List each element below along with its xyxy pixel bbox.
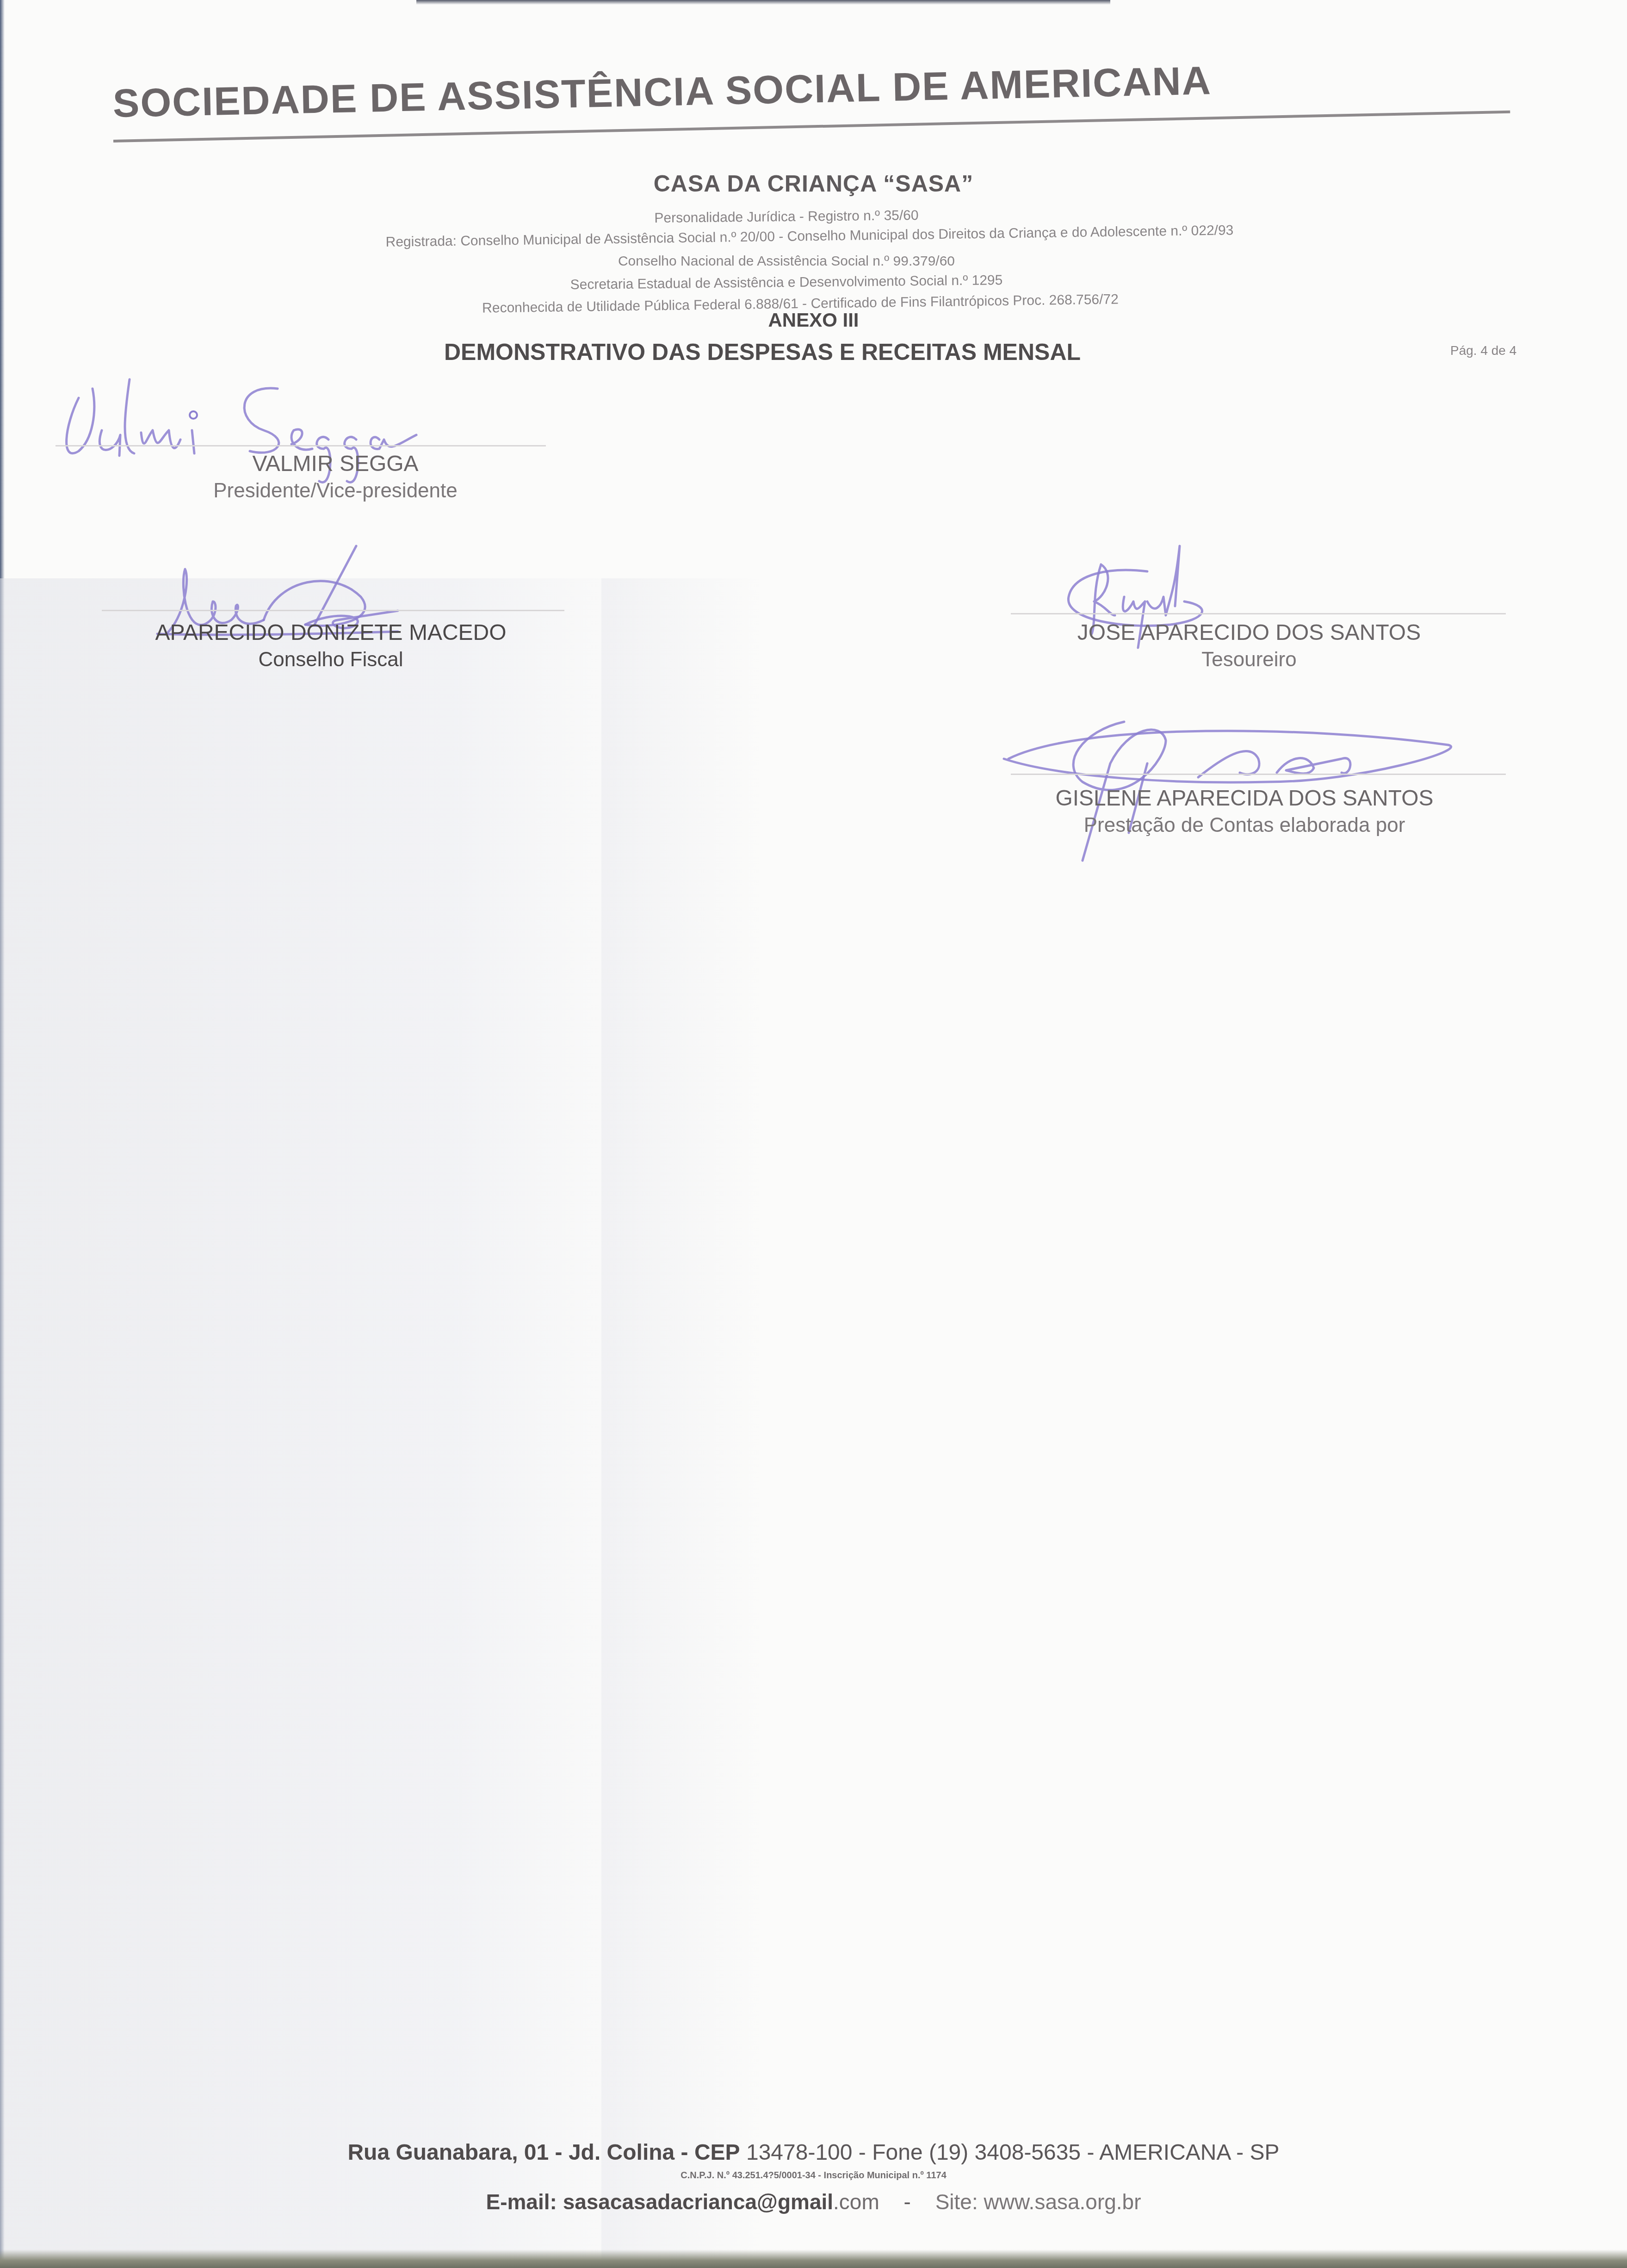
signer-name: JOSE APARECIDO DOS SANTOS xyxy=(1036,620,1462,645)
paper-fold-shadow xyxy=(601,578,763,2268)
address-details: 13478-100 - Fone (19) 3408-5635 - AMERIC… xyxy=(740,2140,1280,2165)
signature-line xyxy=(1011,774,1506,775)
signer-role: Tesoureiro xyxy=(1036,648,1462,671)
email-address[interactable]: sasacasadacrianca@gmail.com xyxy=(563,2190,879,2214)
signer-role: Presidente/Vice-presidente xyxy=(153,479,518,502)
signature-block-fiscal-council: APARECIDO DONIZETE MACEDO Conselho Fisca… xyxy=(104,620,557,671)
paper-top-edge xyxy=(416,0,1110,5)
page-indicator: Pág. 4 de 4 xyxy=(1450,343,1516,358)
signature-line xyxy=(102,610,564,611)
signature-block-treasurer: JOSE APARECIDO DOS SANTOS Tesoureiro xyxy=(1036,620,1462,671)
footer-contact: E-mail: sasacasadacrianca@gmail.com - Si… xyxy=(0,2189,1627,2214)
signature-block-president: VALMIR SEGGA Presidente/Vice-presidente xyxy=(153,451,518,502)
email-domain: .com xyxy=(833,2190,879,2214)
website-link[interactable]: Site: www.sasa.org.br xyxy=(935,2190,1141,2214)
footer-cnpj: C.N.P.J. N.º 43.251.4?5/0001-34 - Inscri… xyxy=(0,2170,1627,2181)
signer-role: Conselho Fiscal xyxy=(104,648,557,671)
signer-name: APARECIDO DONIZETE MACEDO xyxy=(104,620,557,645)
address-street: Rua Guanabara, 01 - Jd. Colina - CEP xyxy=(347,2140,740,2165)
signature-line xyxy=(1011,613,1506,614)
signer-name: GISLENE APARECIDA DOS SANTOS xyxy=(1013,786,1476,811)
paper-fold-shadow xyxy=(0,578,648,2268)
paper-bottom-edge xyxy=(0,2249,1627,2268)
organization-subtitle: CASA DA CRIANÇA “SASA” xyxy=(0,170,1627,197)
registration-line: Conselho Nacional de Assistência Social … xyxy=(0,254,1573,269)
document-title: DEMONSTRATIVO DAS DESPESAS E RECEITAS ME… xyxy=(444,339,1081,366)
email-label: E-mail: xyxy=(486,2190,557,2214)
email-user: sasacasadacrianca@gmail xyxy=(563,2190,833,2214)
signature-block-accounts-preparer: GISLENE APARECIDA DOS SANTOS Prestação d… xyxy=(1013,786,1476,837)
signer-name: VALMIR SEGGA xyxy=(153,451,518,477)
signature-line xyxy=(56,445,546,446)
footer-address: Rua Guanabara, 01 - Jd. Colina - CEP 134… xyxy=(0,2140,1627,2165)
signer-role: Prestação de Contas elaborada por xyxy=(1013,814,1476,837)
paper-left-edge xyxy=(0,0,5,2268)
contact-separator: - xyxy=(904,2190,911,2214)
annex-label: ANEXO III xyxy=(0,309,1627,331)
